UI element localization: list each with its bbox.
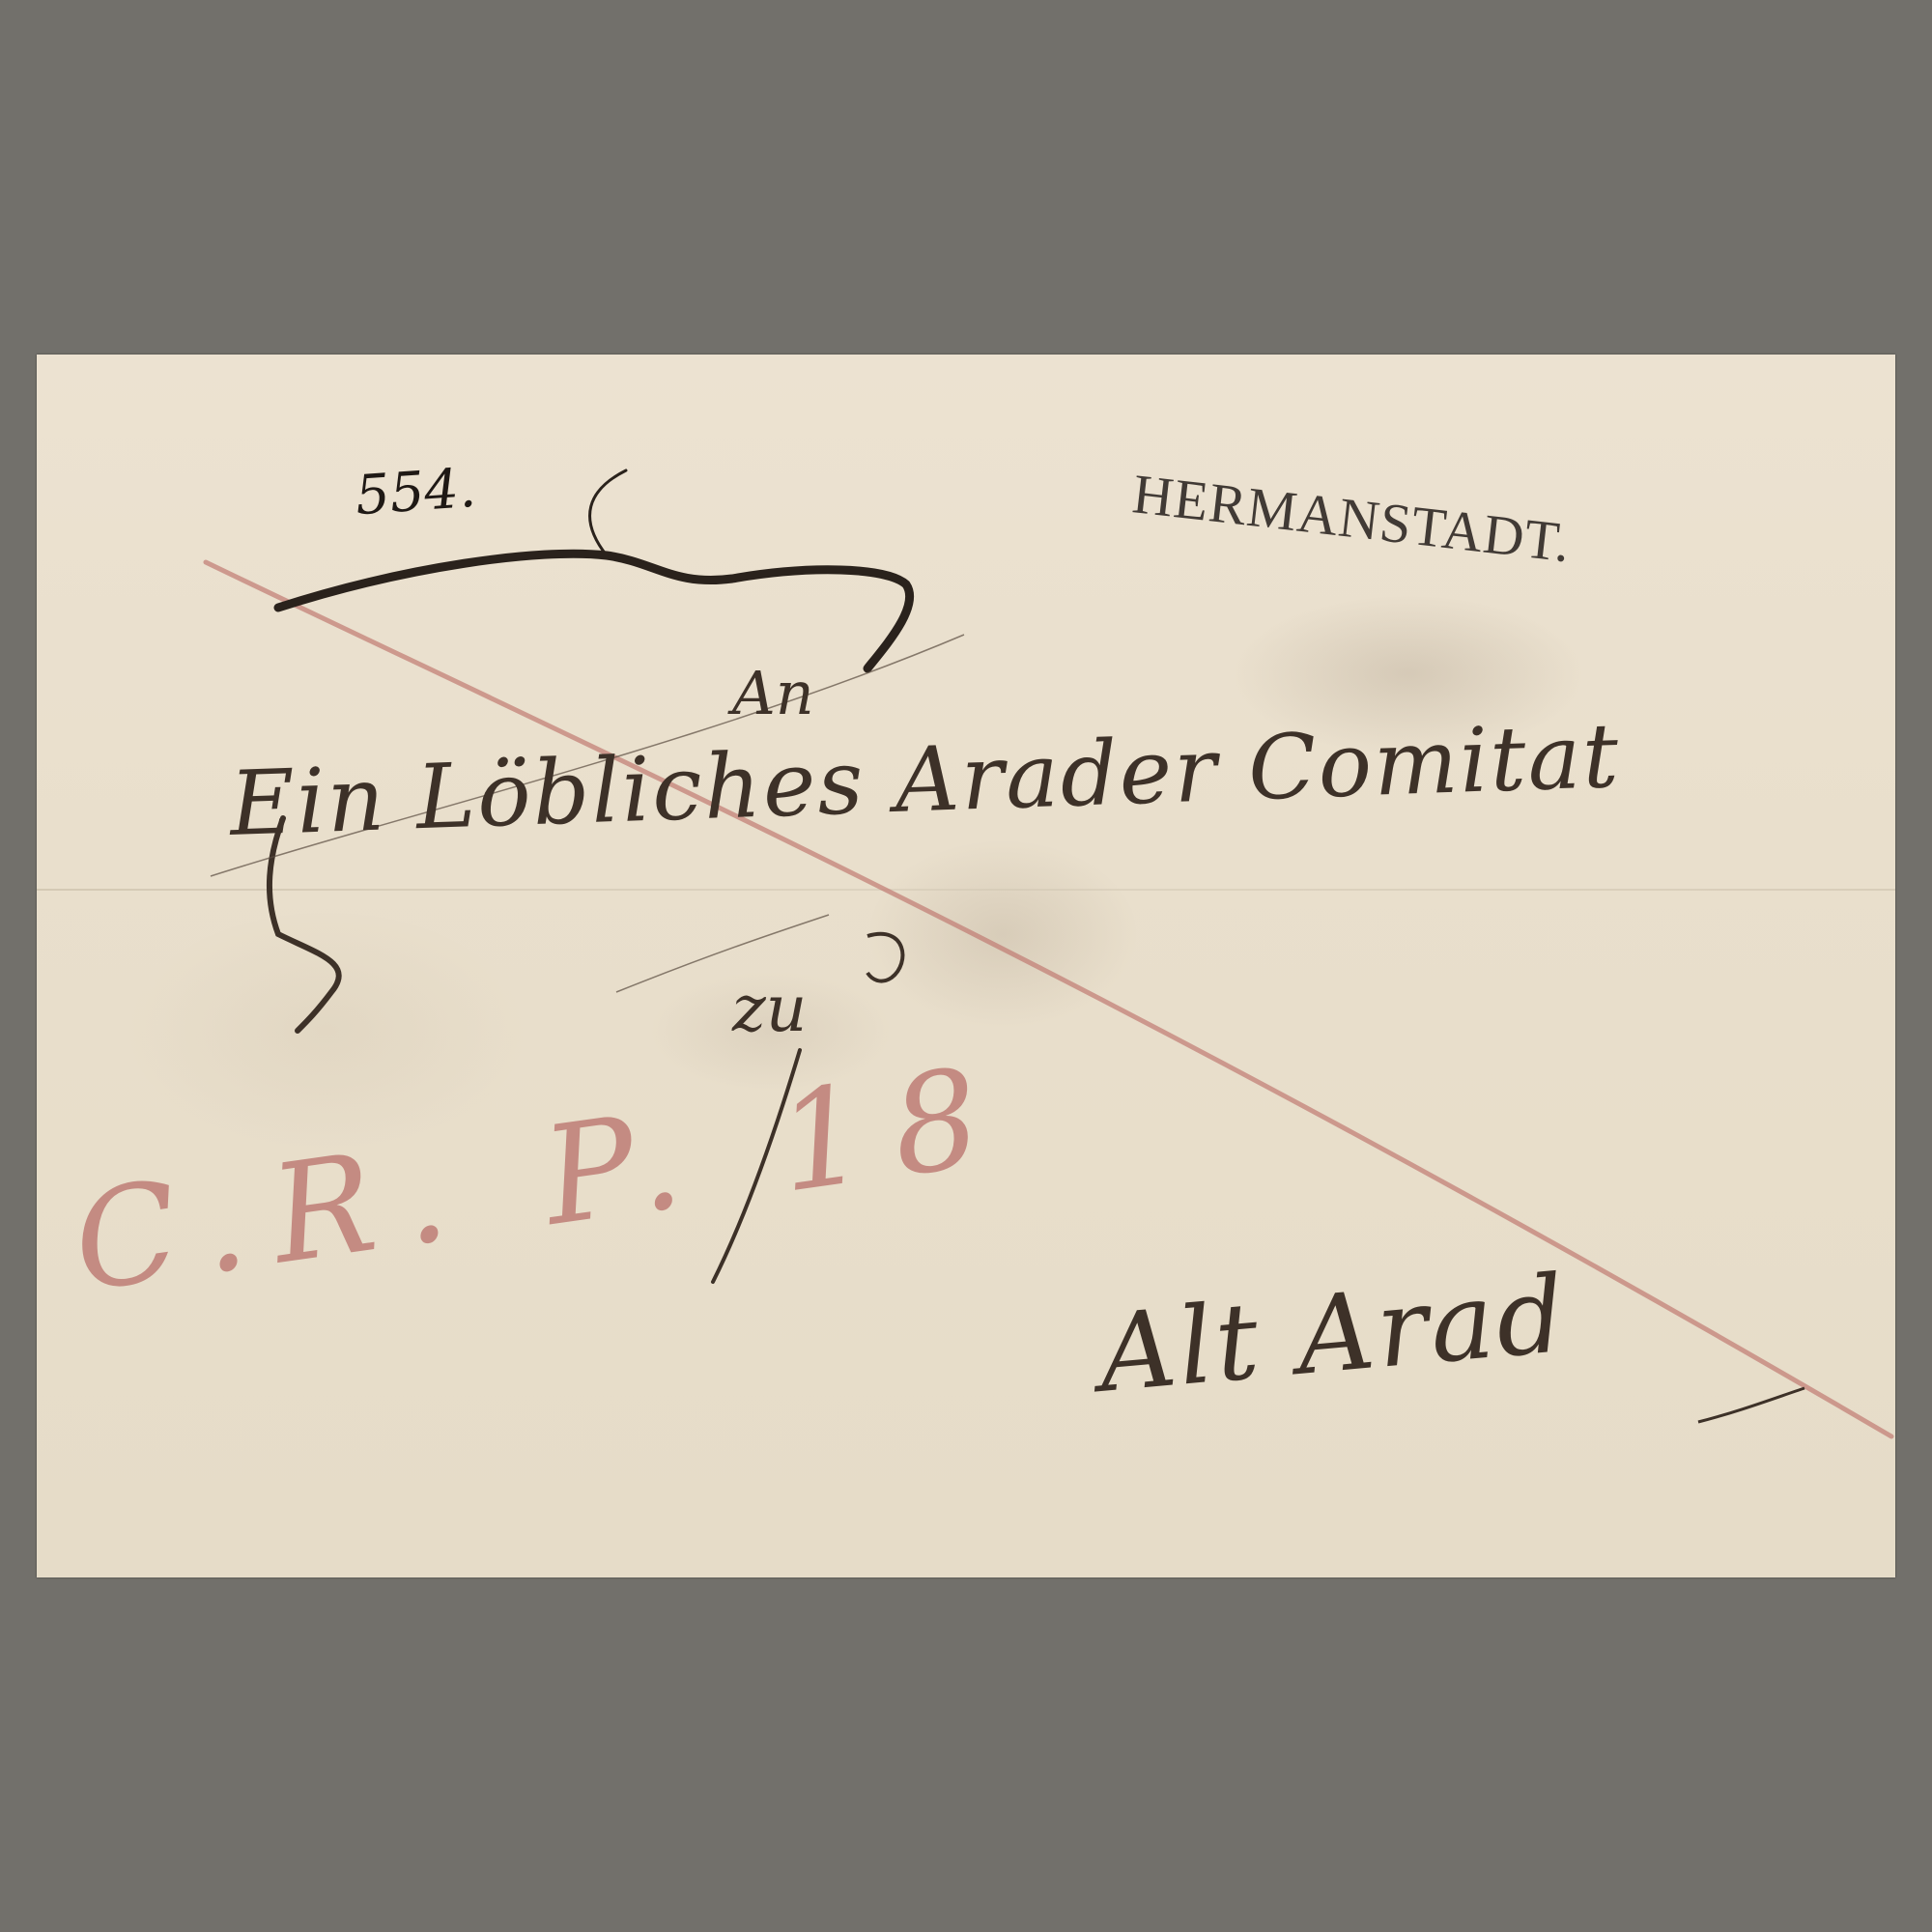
address-line-destination: Alt Arad — [1094, 1261, 1572, 1407]
address-line-zu: zu — [732, 978, 807, 1041]
scan-stage: HERMANSTADT. 554. An Ein Löbliches Arade… — [0, 0, 1932, 1932]
place-tail — [1698, 1388, 1804, 1422]
docket-flourish — [278, 554, 910, 668]
red-crayon-notation: C.R. P. 18 — [65, 1036, 1018, 1322]
letter-cover: HERMANSTADT. 554. An Ein Löbliches Arade… — [37, 355, 1895, 1577]
address-line-addressee: Ein Löbliches Arader Comitat — [228, 712, 1621, 849]
ink-hook — [867, 934, 902, 981]
docket-number: 554. — [354, 462, 477, 525]
hermanstadt-postmark: HERMANSTADT. — [1129, 461, 1574, 575]
pen-strokes — [37, 355, 1895, 1577]
red-crayon-diagonal-line — [206, 562, 1891, 1436]
address-line-an: An — [732, 664, 814, 724]
docket-flourish-loop — [590, 470, 626, 555]
